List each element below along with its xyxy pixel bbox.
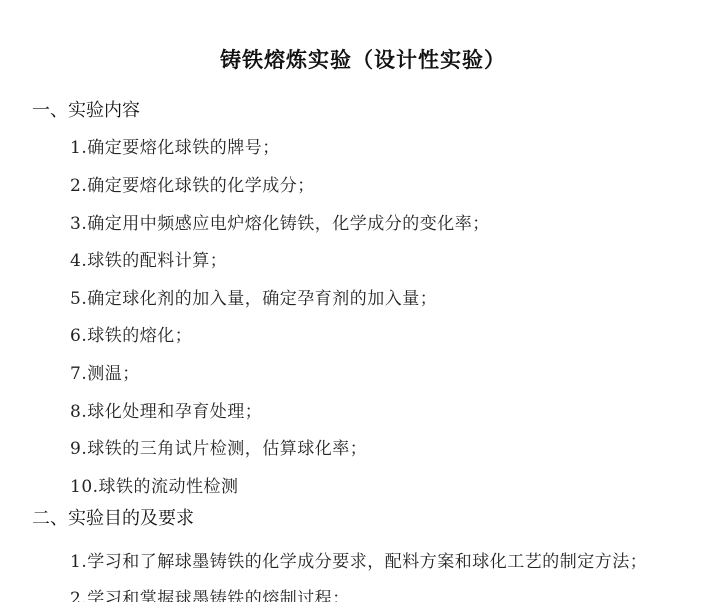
list-item: 1.确定要熔化球铁的牌号； [70,133,280,158]
list-item: 8.球化处理和孕育处理； [70,397,262,422]
section-heading-content: 一、实验内容 [32,96,140,122]
list-item: 7.测温； [70,359,140,384]
list-item: 9.球铁的三角试片检测，估算球化率； [70,434,367,459]
document-title: 铸铁熔炼实验（设计性实验） [0,44,726,74]
list-item: 5.确定球化剂的加入量，确定孕育剂的加入量； [70,284,437,309]
section-heading-purpose: 二、实验目的及要求 [32,504,194,530]
list-item: 6.球铁的熔化； [70,321,192,346]
list-item: 10.球铁的流动性检测 [70,472,239,497]
list-item: 3.确定用中频感应电炉熔化铸铁，化学成分的变化率； [70,209,490,234]
list-item: 2.确定要熔化球铁的化学成分； [70,171,315,196]
list-item: 1.学习和了解球墨铸铁的化学成分要求，配料方案和球化工艺的制定方法； [70,547,647,572]
list-item: 4.球铁的配料计算； [70,246,227,271]
list-item: 2.学习和掌握球墨铸铁的熔制过程； [70,584,350,602]
